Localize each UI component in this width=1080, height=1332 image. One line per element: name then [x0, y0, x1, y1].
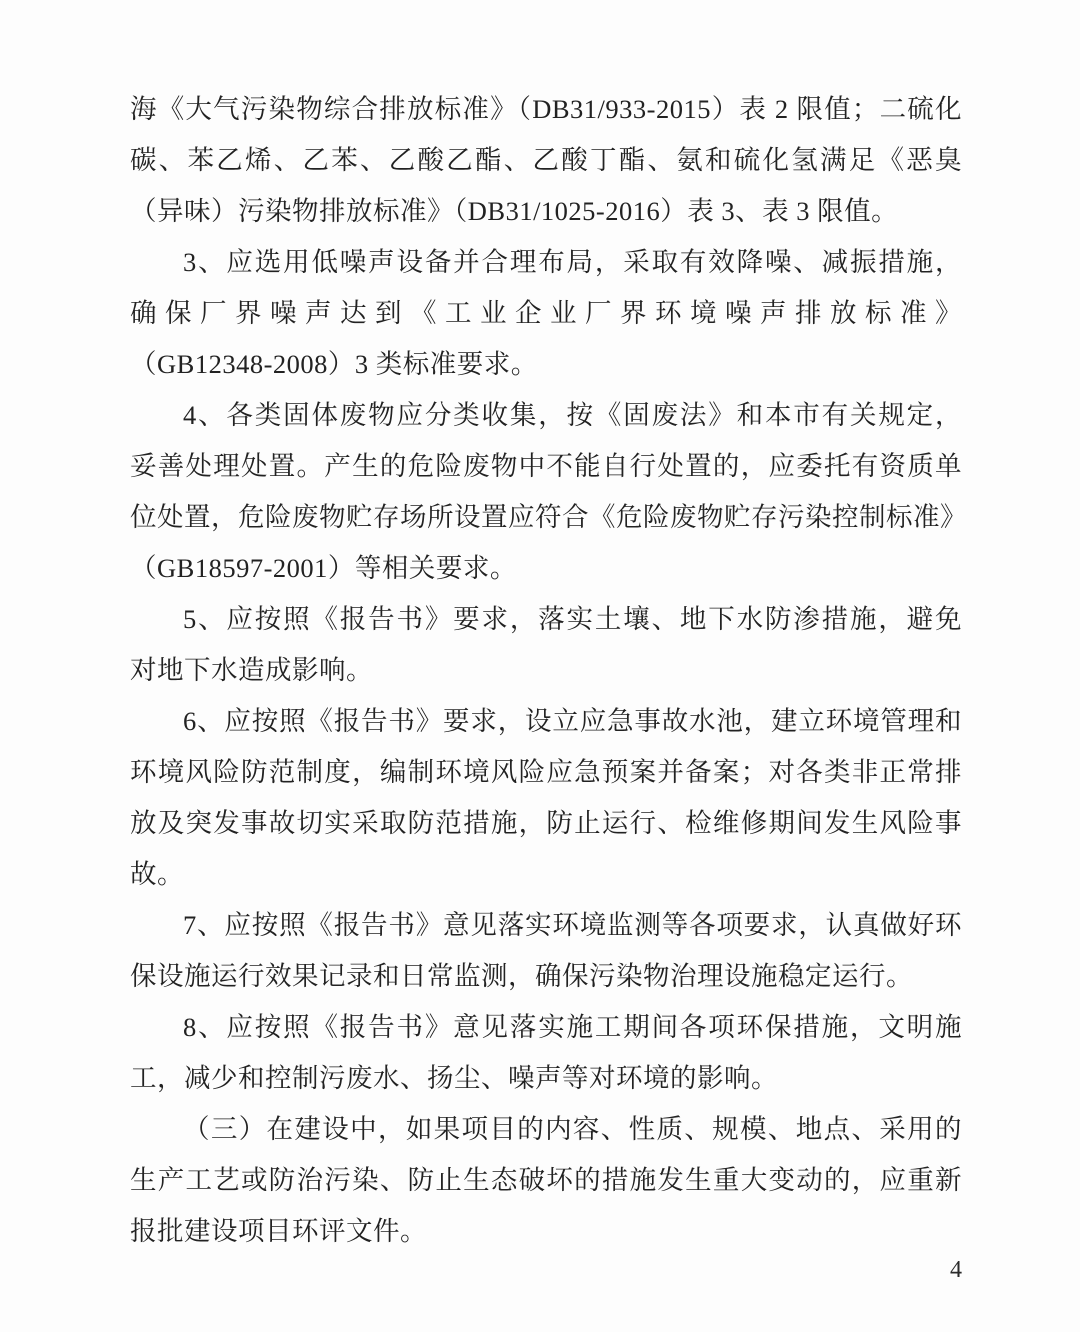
text-line: 4、各类固体废物应分类收集，按《固废法》和本市有关规定，	[130, 390, 962, 441]
text-line: （三）在建设中，如果项目的内容、性质、规模、地点、采用的	[130, 1104, 962, 1155]
document-text-block: 海《大气污染物综合排放标准》（DB31/933-2015）表 2 限值；二硫化 …	[130, 84, 962, 1257]
text-line: 对地下水造成影响。	[130, 645, 962, 696]
text-line: 妥善处理处置。产生的危险废物中不能自行处置的，应委托有资质单	[130, 441, 962, 492]
text-line: （异味）污染物排放标准》（DB31/1025-2016）表 3、表 3 限值。	[130, 186, 962, 237]
paragraph-item-5-groundwater: 5、应按照《报告书》要求，落实土壤、地下水防渗措施，避免 对地下水造成影响。	[130, 594, 962, 696]
text-line: 放及突发事故切实采取防范措施，防止运行、检维修期间发生风险事	[130, 798, 962, 849]
paragraph-air-emission-standards: 海《大气污染物综合排放标准》（DB31/933-2015）表 2 限值；二硫化 …	[130, 84, 962, 237]
text-line: 确保厂界噪声达到《工业企业厂界环境噪声排放标准》	[130, 288, 962, 339]
text-line: 海《大气污染物综合排放标准》（DB31/933-2015）表 2 限值；二硫化	[130, 84, 962, 135]
text-line: 故。	[130, 849, 962, 900]
paragraph-section-3-major-changes: （三）在建设中，如果项目的内容、性质、规模、地点、采用的 生产工艺或防治污染、防…	[130, 1104, 962, 1257]
text-line: （GB12348-2008）3 类标准要求。	[130, 339, 962, 390]
text-line: 环境风险防范制度，编制环境风险应急预案并备案；对各类非正常排	[130, 747, 962, 798]
text-line: 工，减少和控制污废水、扬尘、噪声等对环境的影响。	[130, 1053, 962, 1104]
text-line: 报批建设项目环评文件。	[130, 1206, 962, 1257]
text-line: 碳、苯乙烯、乙苯、乙酸乙酯、乙酸丁酯、氨和硫化氢满足《恶臭	[130, 135, 962, 186]
text-line: 7、应按照《报告书》意见落实环境监测等各项要求，认真做好环	[130, 900, 962, 951]
paragraph-item-8-construction: 8、应按照《报告书》意见落实施工期间各项环保措施，文明施 工，减少和控制污废水、…	[130, 1002, 962, 1104]
text-line: 保设施运行效果记录和日常监测，确保污染物治理设施稳定运行。	[130, 951, 962, 1002]
paragraph-item-6-emergency: 6、应按照《报告书》要求，设立应急事故水池，建立环境管理和 环境风险防范制度，编…	[130, 696, 962, 900]
page-number: 4	[0, 1256, 962, 1284]
paragraph-item-4-solid-waste: 4、各类固体废物应分类收集，按《固废法》和本市有关规定， 妥善处理处置。产生的危…	[130, 390, 962, 594]
paragraph-item-7-monitoring: 7、应按照《报告书》意见落实环境监测等各项要求，认真做好环 保设施运行效果记录和…	[130, 900, 962, 1002]
text-line: 8、应按照《报告书》意见落实施工期间各项环保措施，文明施	[130, 1002, 962, 1053]
text-line: （GB18597-2001）等相关要求。	[130, 543, 962, 594]
text-line: 3、应选用低噪声设备并合理布局，采取有效降噪、减振措施，	[130, 237, 962, 288]
text-line: 6、应按照《报告书》要求，设立应急事故水池，建立环境管理和	[130, 696, 962, 747]
paragraph-item-3-noise: 3、应选用低噪声设备并合理布局，采取有效降噪、减振措施， 确保厂界噪声达到《工业…	[130, 237, 962, 390]
document-page: { "document": { "page_number": "4", "par…	[0, 0, 1080, 1332]
text-line: 生产工艺或防治污染、防止生态破坏的措施发生重大变动的，应重新	[130, 1155, 962, 1206]
text-line: 位处置，危险废物贮存场所设置应符合《危险废物贮存污染控制标准》	[130, 492, 962, 543]
text-line: 5、应按照《报告书》要求，落实土壤、地下水防渗措施，避免	[130, 594, 962, 645]
